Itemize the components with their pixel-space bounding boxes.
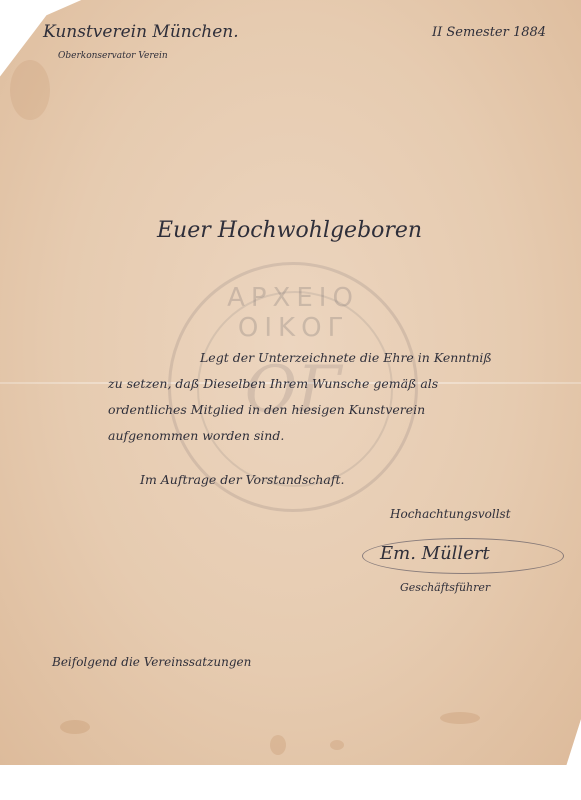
body-line-1: Legt der Unterzeichnete die Ehre in Kenn… [200, 350, 492, 365]
letterhead-subtitle: Oberkonservator Verein [58, 51, 168, 61]
letterhead-organization: Kunstverein München. [43, 22, 239, 42]
archive-stamp-text: ΑΡΧΕΙΟ ΟΙΚΟΓ [171, 283, 415, 343]
date-line: II Semester 1884 [432, 25, 546, 40]
paper-stain [10, 60, 50, 120]
footer-note: Beifolgend die Vereinssatzungen [52, 655, 251, 669]
paper-stain [330, 740, 344, 750]
paper-stain [270, 735, 286, 755]
body-line-3: ordentliches Mitglied in den hiesigen Ku… [108, 402, 425, 417]
commission-line: Im Auftrage der Vorstandschaft. [140, 472, 345, 487]
letter-paper: ΑΡΧΕΙΟ ΟΙΚΟΓ ΟΓ Kunstverein München. Obe… [0, 0, 581, 765]
signature: Em. Müllert [380, 543, 490, 564]
paper-stain [60, 720, 90, 734]
body-line-2: zu setzen, daß Dieselben Ihrem Wunsche g… [108, 376, 438, 391]
signer-title: Geschäftsführer [400, 581, 490, 594]
closing: Hochachtungsvollst [390, 507, 511, 521]
body-line-4: aufgenommen worden sind. [108, 428, 284, 443]
salutation: Euer Hochwohlgeboren [157, 218, 422, 243]
paper-stain [440, 712, 480, 724]
